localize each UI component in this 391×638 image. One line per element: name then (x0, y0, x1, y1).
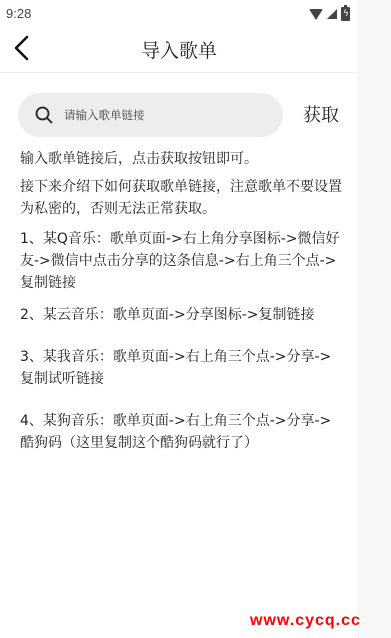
battery-charging-icon: ϟ (341, 7, 350, 21)
cellular-signal-icon (327, 9, 337, 19)
step-item: 1、某Q音乐：歌单页面->右上角分享图标->微信好友->微信中点击分享的这条信息… (20, 228, 345, 294)
search-row: 获取 (18, 93, 358, 137)
status-time: 9:28 (6, 6, 31, 21)
playlist-link-input[interactable] (64, 93, 274, 137)
step-item: 4、某狗音乐：歌单页面->右上角三个点->分享->酷狗码（这里复制这个酷狗码就行… (20, 410, 345, 454)
wifi-icon (309, 9, 323, 20)
step-item: 2、某云音乐：歌单页面->分享图标->复制链接 (20, 304, 345, 326)
status-bar: 9:28 ϟ (0, 2, 358, 26)
instructions: 输入歌单链接后，点击获取按钮即可。 接下来介绍下如何获取歌单链接，注意歌单不要设… (20, 148, 345, 464)
page-title: 导入歌单 (0, 36, 358, 63)
app-bar: 导入歌单 (0, 26, 358, 73)
fetch-button[interactable]: 获取 (303, 101, 339, 127)
step-item: 3、某我音乐：歌单页面->右上角三个点->分享->复制试听链接 (20, 346, 345, 390)
screen-edge-margin (359, 0, 391, 638)
status-icons: ϟ (309, 7, 350, 21)
note-text: 接下来介绍下如何获取歌单链接，注意歌单不要设置为私密的，否则无法正常获取。 (20, 176, 345, 220)
search-icon (35, 106, 53, 124)
watermark: www.cycq.cc (250, 612, 361, 630)
search-box[interactable] (18, 93, 283, 137)
intro-text: 输入歌单链接后，点击获取按钮即可。 (20, 148, 345, 170)
